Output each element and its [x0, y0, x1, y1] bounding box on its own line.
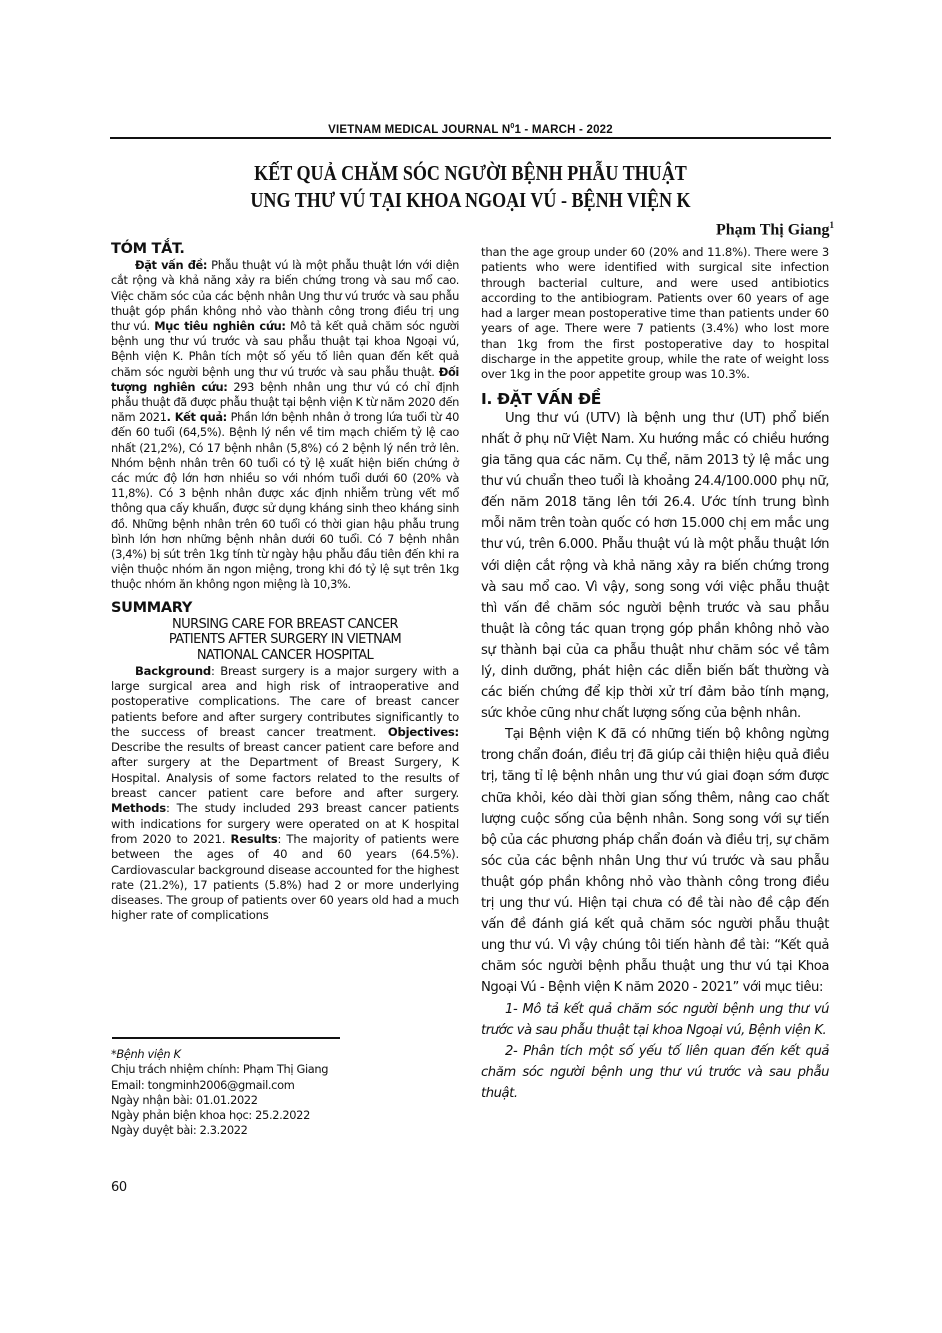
- footnote-date-received: Ngày nhận bài: 01.01.2022: [111, 1093, 451, 1108]
- title-line-1: KẾT QUẢ CHĂM SÓC NGƯỜI BỆNH PHẪU THUẬT: [160, 160, 780, 187]
- summary-body: Background: Breast surgery is a major su…: [111, 664, 459, 924]
- introduction-heading: I. ĐẶT VẤN ĐỀ: [481, 392, 829, 407]
- footnote-date-reviewed: Ngày phản biện khoa học: 25.2.2022: [111, 1108, 451, 1123]
- label-objectives-vi: Mục tiêu nghiên cứu:: [154, 319, 285, 333]
- author-name: Phạm Thị Giang: [716, 221, 830, 238]
- text-results-vi: Phần lớn bệnh nhân ở trong lứa tuổi từ 4…: [111, 410, 459, 591]
- label-background-en: Background: [135, 664, 211, 678]
- english-title: NURSING CARE FOR BREAST CANCER PATIENTS …: [111, 617, 459, 664]
- running-header: VIETNAM MEDICAL JOURNAL N01 - MARCH - 20…: [110, 123, 831, 136]
- abstract-vi-paragraph: Đặt vấn đề: Phẫu thuật vú là một phẫu th…: [111, 258, 459, 592]
- author: Phạm Thị Giang1: [716, 220, 834, 239]
- label-results-en: Results: [230, 832, 277, 846]
- objective-2: 2- Phân tích một số yếu tố liên quan đến…: [481, 1041, 829, 1104]
- text-objectives-en: Describe the results of breast cancer pa…: [111, 740, 459, 800]
- journal-name: VIETNAM MEDICAL JOURNAL N: [328, 124, 510, 136]
- left-column: TÓM TẮT. Đặt vấn đề: Phẫu thuật vú là mộ…: [111, 242, 459, 924]
- summary-continued: than the age group under 60 (20% and 11.…: [481, 245, 829, 383]
- english-title-line-1: NURSING CARE FOR BREAST CANCER: [111, 617, 459, 633]
- label-objectives-en: Objectives:: [388, 725, 459, 739]
- journal-page: VIETNAM MEDICAL JOURNAL N01 - MARCH - 20…: [0, 0, 942, 1333]
- author-affiliation-mark: 1: [830, 220, 835, 230]
- footnote-date-accepted: Ngày duyệt bài: 2.3.2022: [111, 1123, 451, 1138]
- abstract-en-paragraph: Background: Breast surgery is a major su…: [111, 664, 459, 924]
- title-line-2: UNG THƯ VÚ TẠI KHOA NGOẠI VÚ - BỆNH VIỆN…: [160, 187, 780, 214]
- english-title-line-2: PATIENTS AFTER SURGERY IN VIETNAM: [111, 632, 459, 648]
- header-rule: [110, 137, 831, 139]
- article-title: KẾT QUẢ CHĂM SÓC NGƯỜI BỆNH PHẪU THUẬT U…: [160, 160, 780, 214]
- page-number: 60: [111, 1180, 127, 1195]
- right-column: than the age group under 60 (20% and 11.…: [481, 245, 829, 1104]
- footnote-email: Email: tongminh2006@gmail.com: [111, 1078, 451, 1093]
- footnote-rule: [112, 1037, 340, 1039]
- english-title-line-3: NATIONAL CANCER HOSPITAL: [111, 648, 459, 664]
- objective-1: 1- Mô tả kết quả chăm sóc người bệnh ung…: [481, 999, 829, 1041]
- intro-paragraph-1: Ung thư vú (UTV) là bệnh ung thư (UT) ph…: [481, 408, 829, 724]
- footnotes: *Bệnh viện K Chịu trách nhiệm chính: Phạ…: [111, 1047, 451, 1139]
- footnote-affiliation: *Bệnh viện K: [111, 1047, 451, 1062]
- label-methods-en: Methods: [111, 801, 166, 815]
- introduction-body: Ung thư vú (UTV) là bệnh ung thư (UT) ph…: [481, 408, 829, 1104]
- summary-heading: SUMMARY: [111, 601, 459, 616]
- label-results-vi: . Kết quả:: [167, 410, 227, 424]
- footnote-responsible-author: Chịu trách nhiệm chính: Phạm Thị Giang: [111, 1062, 451, 1077]
- abstract-en-continued: than the age group under 60 (20% and 11.…: [481, 245, 829, 383]
- intro-paragraph-2: Tại Bệnh viện K đã có những tiến bộ khôn…: [481, 724, 829, 998]
- label-background-vi: Đặt vấn đề:: [135, 258, 207, 272]
- issue-date: 1 - MARCH - 2022: [514, 124, 612, 136]
- abstract-vi-heading: TÓM TẮT.: [111, 242, 459, 257]
